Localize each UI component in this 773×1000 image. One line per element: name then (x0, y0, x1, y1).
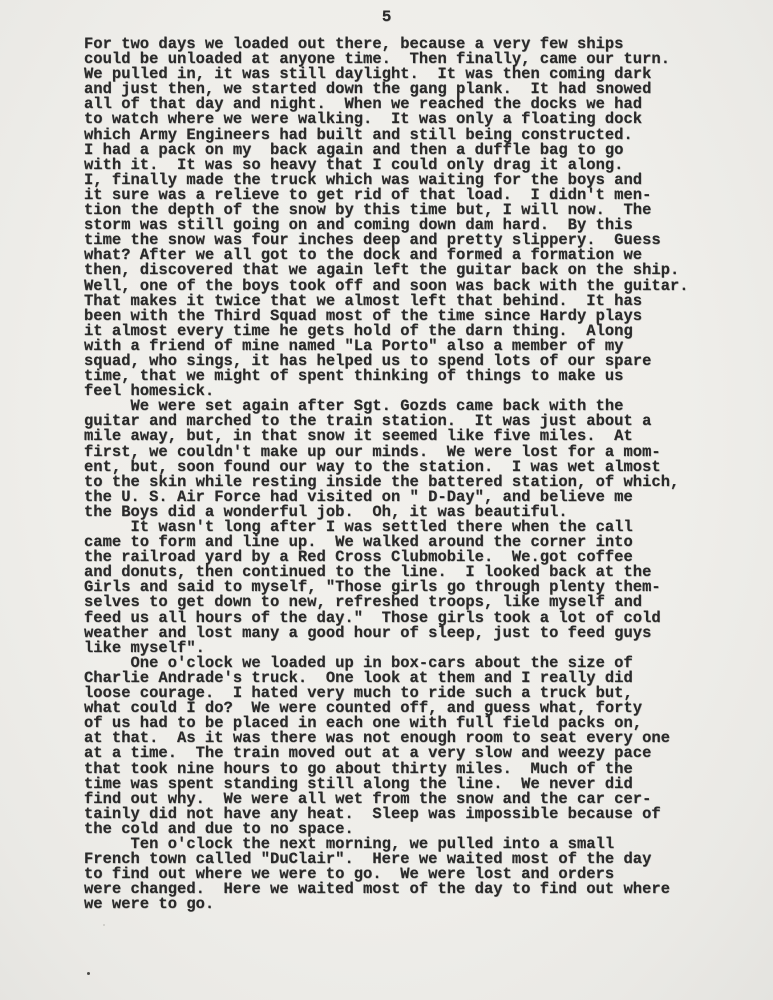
scan-speck (103, 924, 105, 926)
page-number: 5 (0, 8, 773, 26)
scan-speck (87, 972, 90, 975)
typewritten-body-text: For two days we loaded out there, becaus… (84, 37, 689, 912)
scanned-document-page: 5 For two days we loaded out there, beca… (0, 0, 773, 1000)
